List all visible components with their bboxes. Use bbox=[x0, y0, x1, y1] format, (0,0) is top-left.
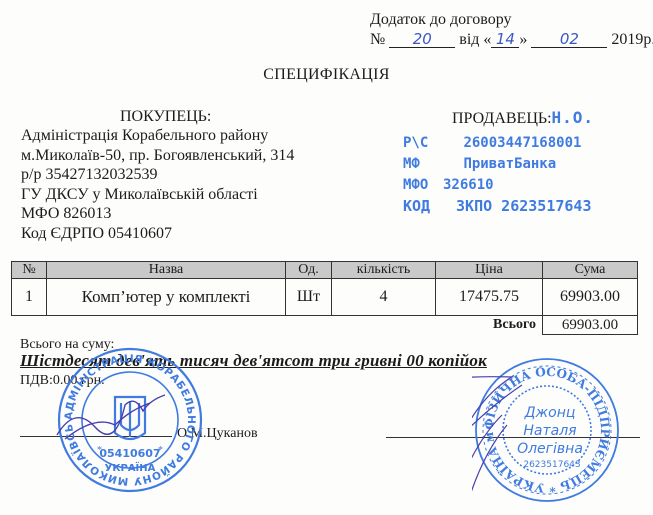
buyer-stamp-code: 05410607 bbox=[99, 447, 160, 460]
seller-heading-text: ПРОДАВЕЦЬ: bbox=[452, 110, 552, 127]
table-total-row: Всього 69903.00 bbox=[12, 316, 638, 335]
buyer-address: м.Миколаїв-50, пр. Богоявленський, 314 bbox=[21, 146, 294, 166]
buyer-stamp-country: УКРАЇНА bbox=[105, 460, 156, 474]
seller-account-value: 26003447168001 bbox=[463, 135, 581, 151]
seller-stamp-initials: Н.О. bbox=[552, 108, 595, 127]
seller-signature-line bbox=[386, 437, 640, 438]
cell-price: 17475.75 bbox=[436, 279, 543, 316]
seller-mfo-row: МФО326610 bbox=[403, 175, 592, 196]
seller-stamp-patronymic: Олегівна bbox=[517, 441, 583, 457]
buyer-details: Адміністрація Корабельного району м.Мико… bbox=[21, 126, 294, 243]
buyer-bank: ГУ ДКСУ у Миколаївській області bbox=[21, 185, 294, 205]
contract-day: 14 bbox=[491, 31, 519, 48]
col-header-sum: Сума bbox=[543, 262, 638, 279]
buyer-mfo: МФО 826013 bbox=[21, 204, 294, 224]
trident-icon bbox=[115, 397, 145, 439]
seller-code-value: ЗКПО 2623517643 bbox=[456, 197, 591, 215]
seller-signature-scribble bbox=[472, 377, 522, 505]
contract-ref: № 20 від «14» 02 2019р. bbox=[370, 30, 653, 50]
appendix-title: Додаток до договору bbox=[370, 10, 653, 30]
buyer-signer-name: О.М.Цуканов bbox=[177, 426, 258, 442]
col-header-name: Назва bbox=[47, 262, 286, 279]
specification-table: № Назва Од. кількість Ціна Сума 1 Комп’ю… bbox=[11, 261, 638, 335]
col-header-price: Ціна bbox=[436, 262, 543, 279]
table-header-row: № Назва Од. кількість Ціна Сума bbox=[12, 262, 638, 279]
total-spacer bbox=[12, 316, 436, 335]
vat-amount: ПДВ:0.00 грн. bbox=[20, 373, 105, 389]
seller-bank-value: ПриватБанка bbox=[463, 156, 556, 172]
cell-unit: Шт bbox=[286, 279, 332, 316]
col-header-number: № bbox=[12, 262, 47, 279]
seller-code-label: КОД bbox=[403, 196, 447, 217]
seller-mfo-value: 326610 bbox=[443, 177, 494, 193]
seller-account-label: Р\С bbox=[403, 133, 455, 154]
seller-code-row: КОД ЗКПО 2623517643 bbox=[403, 196, 592, 217]
contract-number: 20 bbox=[389, 31, 455, 48]
contract-year: 2019р. bbox=[611, 31, 653, 48]
document-title: СПЕЦИФІКАЦІЯ bbox=[0, 66, 653, 84]
contract-month: 02 bbox=[531, 31, 607, 48]
total-value: 69903.00 bbox=[543, 316, 638, 335]
seller-account-row: Р\С 26003447168001 bbox=[403, 133, 592, 154]
appendix-header: Додаток до договору № 20 від «14» 02 201… bbox=[370, 10, 653, 50]
date-prefix: від « bbox=[459, 31, 491, 48]
seller-bank-stamp: Р\С 26003447168001 МФ ПриватБанка МФО326… bbox=[403, 133, 592, 217]
seller-mfo-label: МФО bbox=[403, 175, 443, 196]
star-icon: * bbox=[158, 445, 163, 456]
seller-heading: ПРОДАВЕЦЬ:Н.О. bbox=[452, 108, 594, 128]
buyer-heading: ПОКУПЕЦЬ: bbox=[120, 108, 211, 126]
col-header-quantity: кількість bbox=[332, 262, 436, 279]
cell-number: 1 bbox=[12, 279, 47, 316]
table-row: 1 Комп’ютер у комплекті Шт 4 17475.75 69… bbox=[12, 279, 638, 316]
cell-name: Комп’ютер у комплекті bbox=[47, 279, 286, 316]
date-mid: » bbox=[519, 31, 527, 48]
col-header-unit: Од. bbox=[286, 262, 332, 279]
buyer-name: Адміністрація Корабельного району bbox=[21, 126, 294, 146]
seller-stamp-code: 2623517643 bbox=[523, 460, 580, 470]
buyer-signature-line bbox=[20, 436, 172, 437]
total-label: Всього bbox=[436, 316, 543, 335]
buyer-signature-scribble bbox=[57, 395, 165, 439]
seller-bank-label: МФ bbox=[403, 154, 455, 175]
star-icon: * bbox=[97, 445, 102, 456]
cell-sum: 69903.00 bbox=[543, 279, 638, 316]
number-prefix: № bbox=[370, 31, 385, 48]
sum-in-words: Шістдесят дев'ять тисяч дев'ятсот три гр… bbox=[20, 351, 487, 371]
seller-stamp-ring-text: ФІЗИЧНА ОСОБА-ПІДПРИЄМЕЦЬ * УКРАЇНА м.МИ… bbox=[472, 355, 612, 495]
buyer-code: Код ЄДРПО 05410607 bbox=[21, 224, 294, 244]
seller-stamp-surname: Джонц bbox=[524, 405, 576, 421]
cell-quantity: 4 bbox=[332, 279, 436, 316]
seller-stamp: ФІЗИЧНА ОСОБА-ПІДПРИЄМЕЦЬ * УКРАЇНА м.МИ… bbox=[472, 355, 622, 505]
buyer-account: р/р 35427132032539 bbox=[21, 165, 294, 185]
seller-bank-row: МФ ПриватБанка bbox=[403, 154, 592, 175]
